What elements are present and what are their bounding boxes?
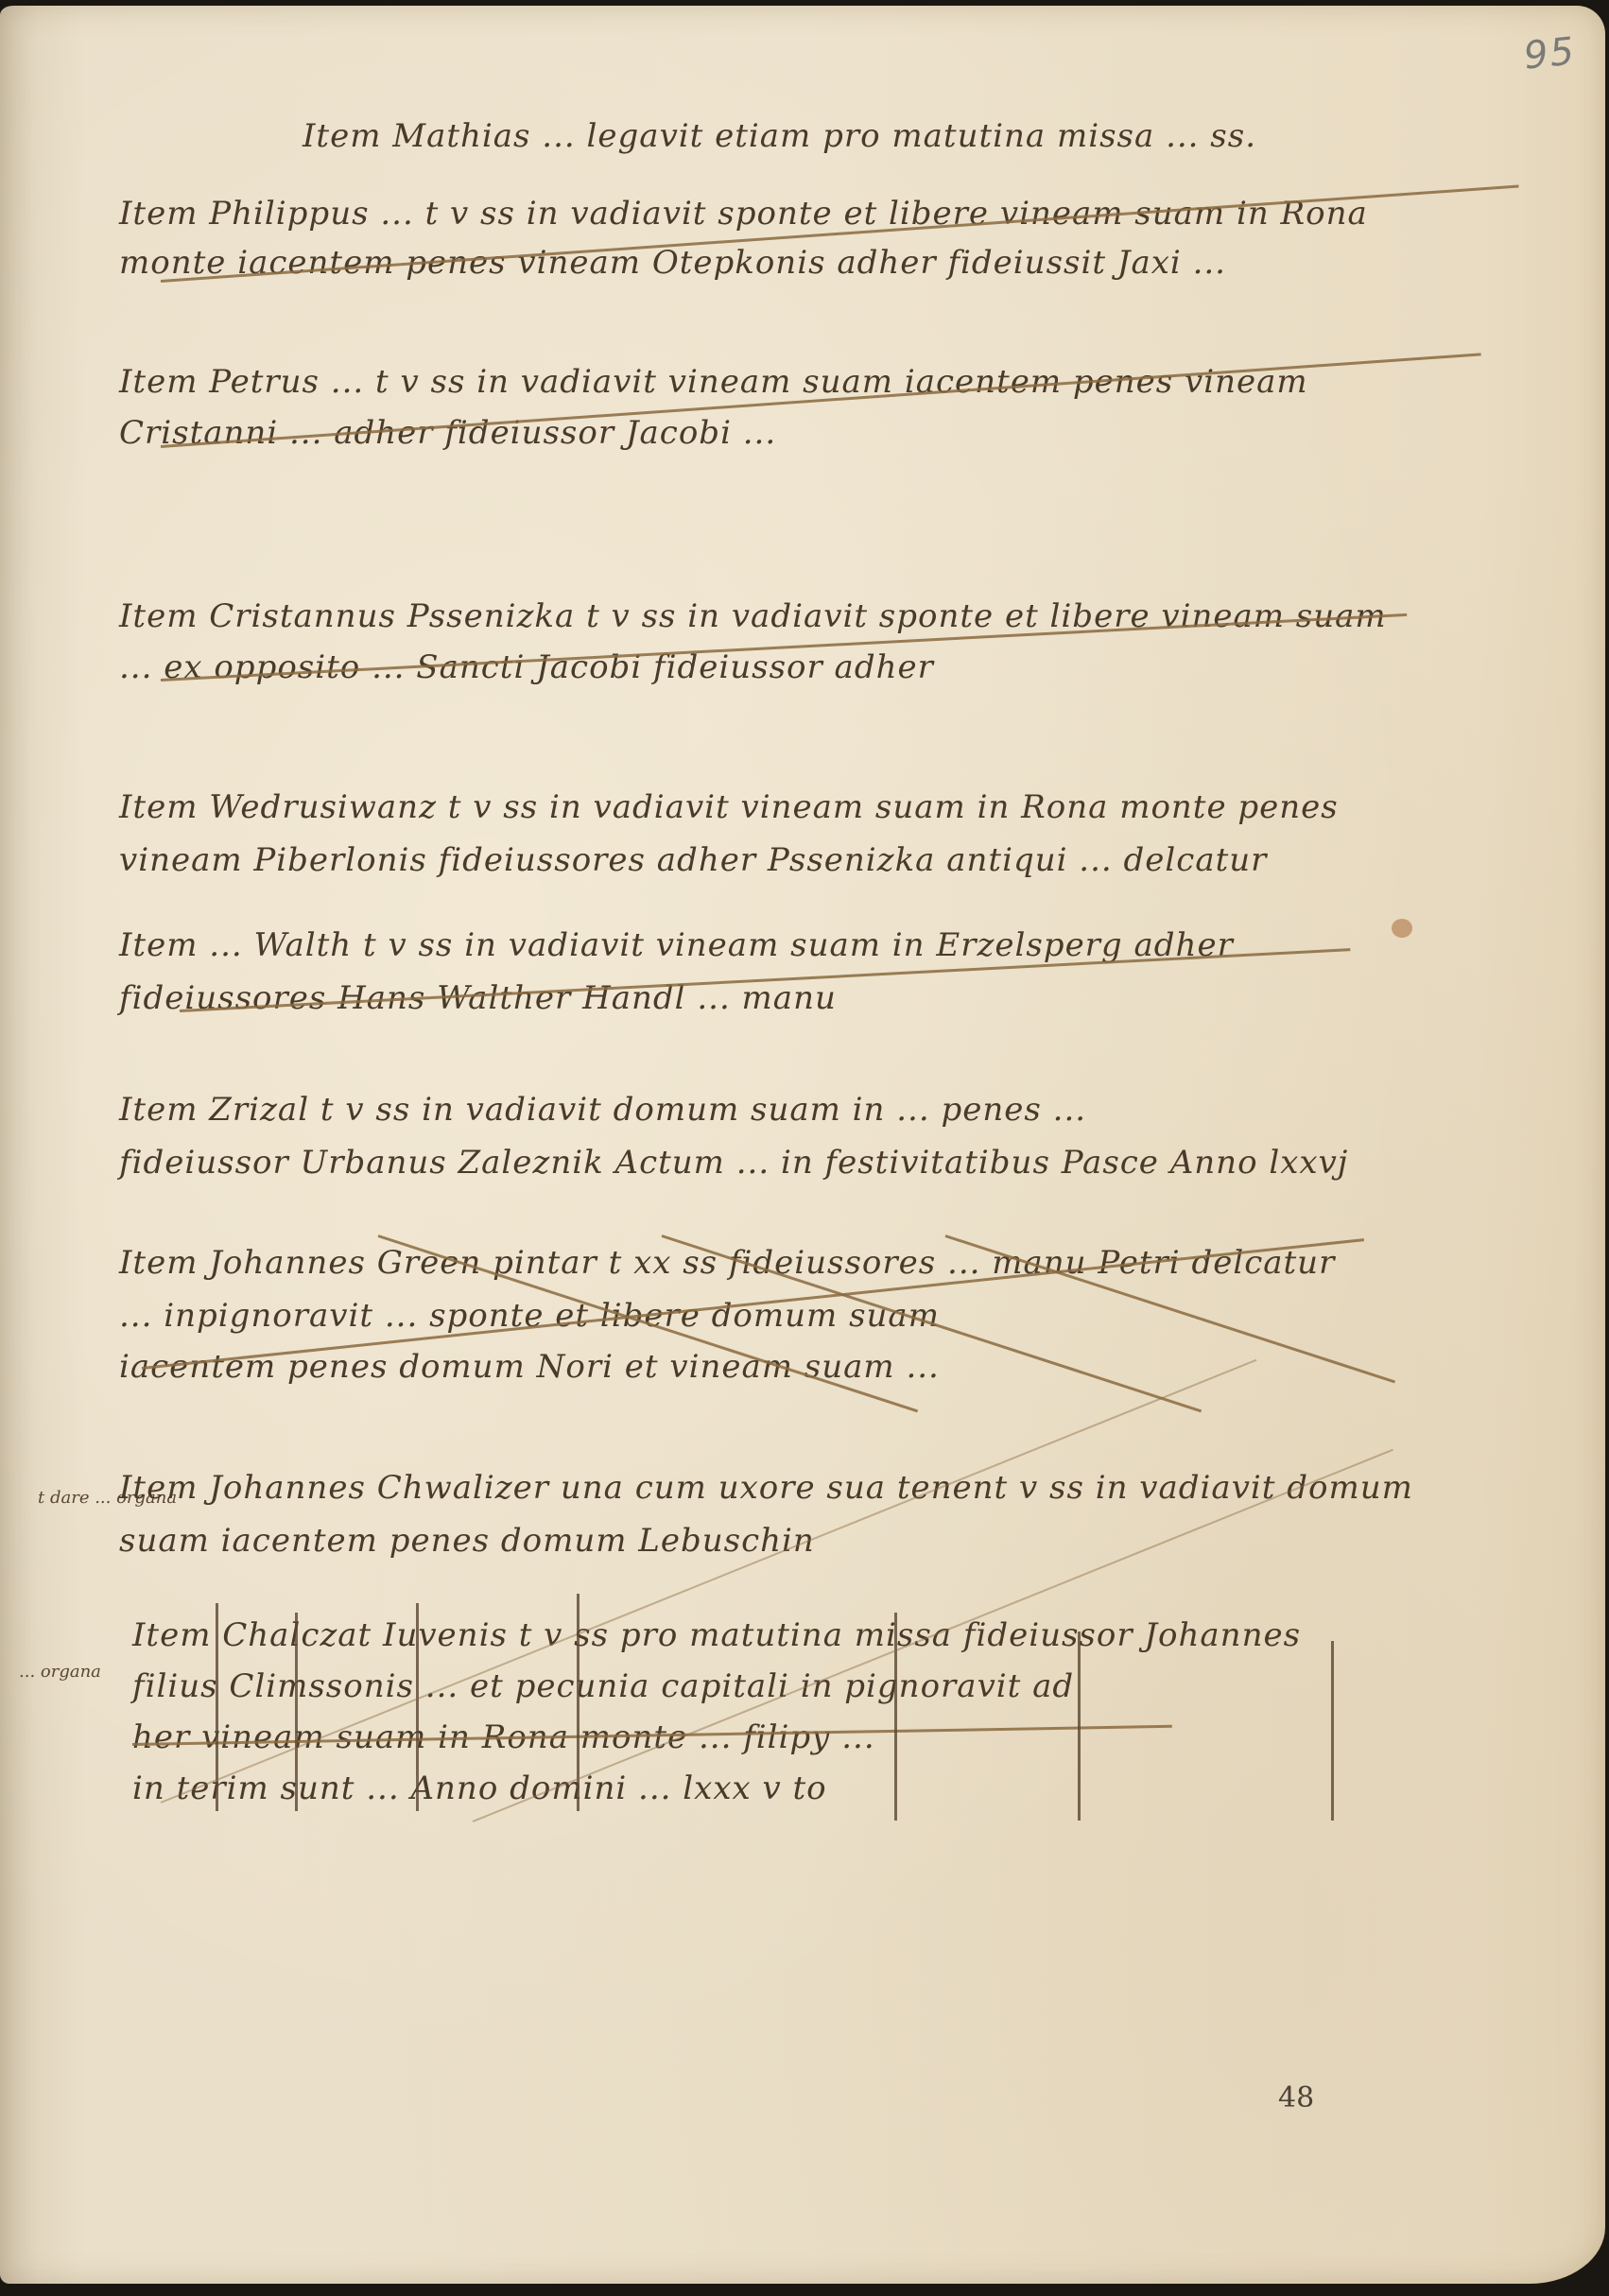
page-number: 48: [1278, 2081, 1314, 2115]
entry-line: Item Johannes Chwalizer una cum uxore su…: [119, 1469, 1413, 1507]
entry-line: vineam Piberlonis fideiussores adher Pss…: [119, 841, 1267, 879]
entry-line: fideiussor Urbanus Zaleznik Actum ... in…: [119, 1144, 1348, 1182]
entry-line: fideiussores Hans Walther Handl ... manu: [119, 979, 837, 1017]
entry-line: Item Petrus ... t v ss in vadiavit vinea…: [119, 363, 1308, 401]
entry-line: Item Chalczat Iuvenis t v ss pro matutin…: [132, 1616, 1301, 1654]
entry-line: Item ... Walth t v ss in vadiavit vineam…: [119, 926, 1234, 964]
entry-line: Item Cristannus Pssenizka t v ss in vadi…: [119, 597, 1387, 635]
entry-line: suam iacentem penes domum Lebuschin: [119, 1522, 815, 1560]
ink-stain: [1392, 919, 1412, 938]
entry-line: filius Climssonis ... et pecunia capital…: [132, 1667, 1074, 1705]
entry-line: monte iacentem penes vineam Otepkonis ad…: [119, 244, 1226, 282]
entry-line: Item Philippus ... t v ss in vadiavit sp…: [119, 195, 1368, 233]
cancel-stroke: [1331, 1641, 1334, 1821]
entry-line: Item Wedrusiwanz t v ss in vadiavit vine…: [119, 788, 1339, 826]
folio-number: 95: [1522, 29, 1578, 78]
cancel-stroke: [894, 1613, 897, 1821]
cancel-stroke: [416, 1603, 419, 1811]
entry-line: Item Zrizal t v ss in vadiavit domum sua…: [119, 1091, 1086, 1129]
cancel-stroke: [295, 1613, 298, 1811]
marginal-note: ... organa: [19, 1662, 101, 1683]
entry-line: ... ex opposito ... Sancti Jacobi fideiu…: [119, 648, 934, 686]
entry-line: ... inpignoravit ... sponte et libere do…: [119, 1297, 940, 1335]
manuscript-page: 95 Item Mathias ... legavit etiam pro ma…: [0, 6, 1605, 2284]
entry-line: Item Mathias ... legavit etiam pro matut…: [303, 117, 1256, 155]
entry-line: Cristanni ... adher fideiussor Jacobi ..…: [119, 414, 776, 452]
cancel-stroke: [1078, 1631, 1081, 1821]
entry-line: in terim sunt ... Anno domini ... lxxx v…: [132, 1769, 827, 1807]
